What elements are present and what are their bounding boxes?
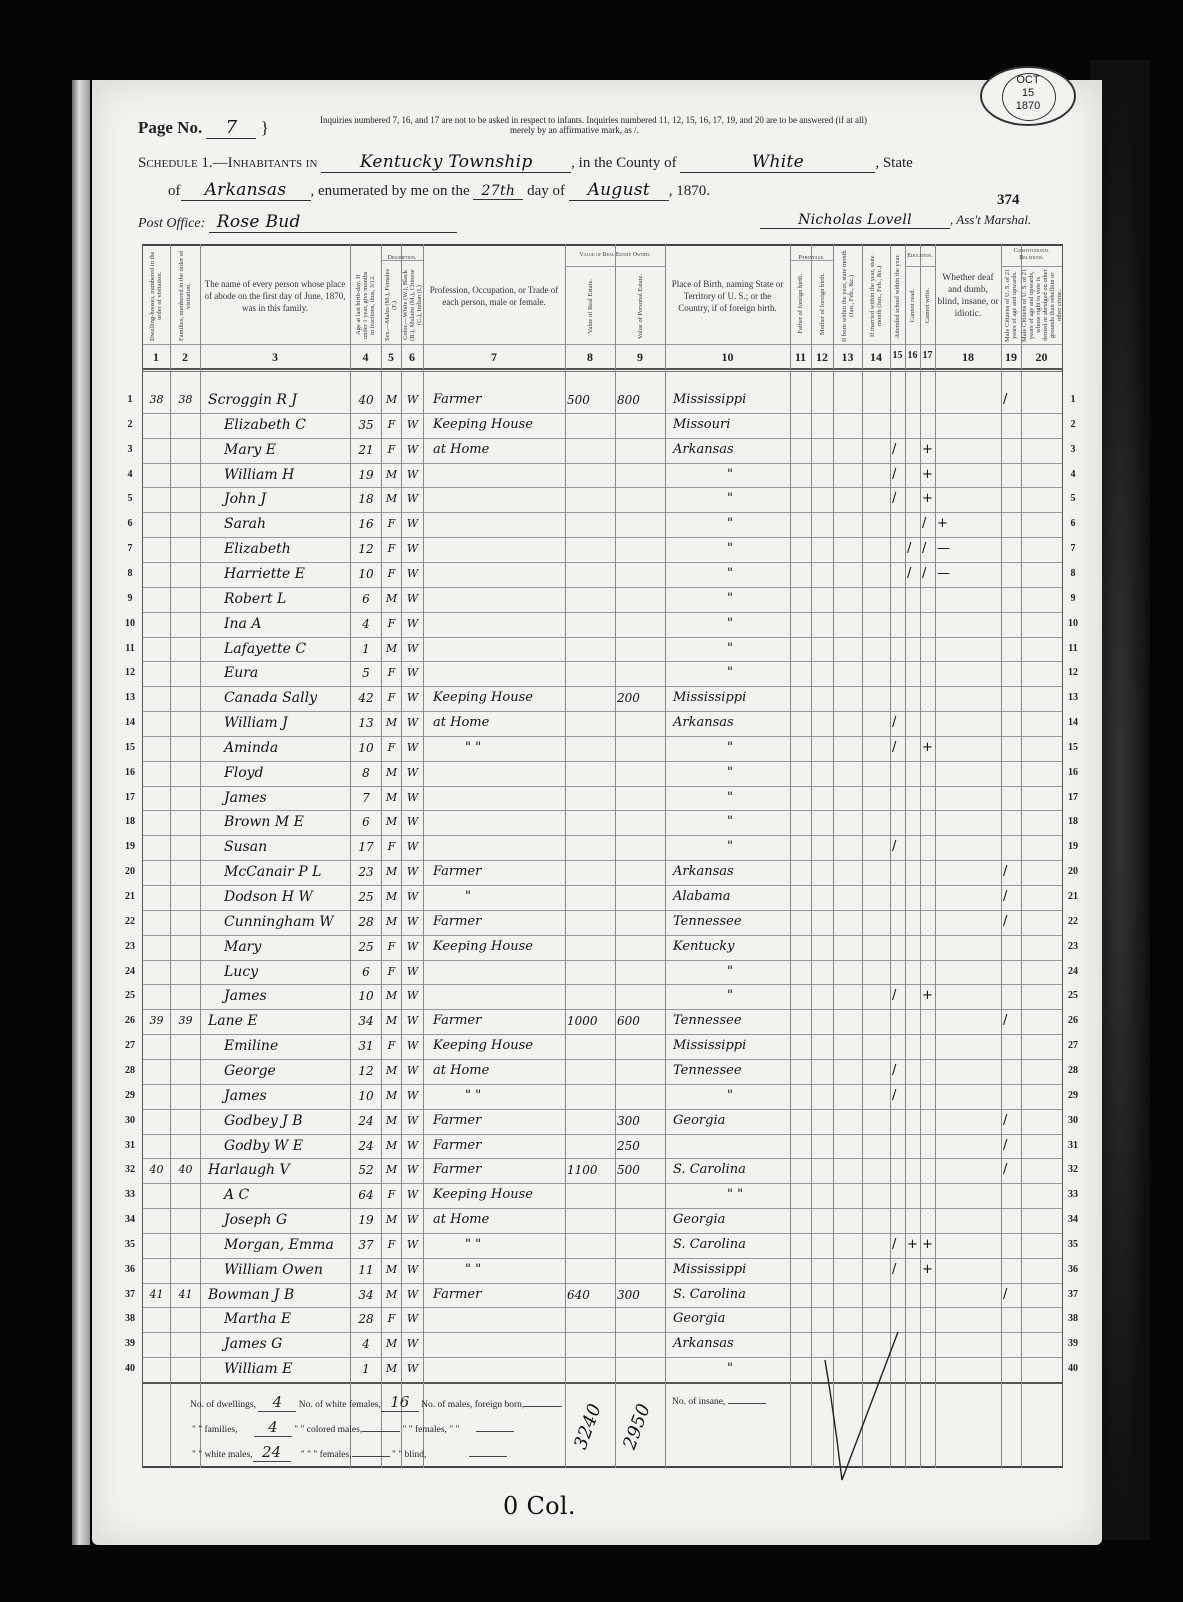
cell-real-estate: 1000 xyxy=(567,1009,614,1033)
summary-line-2: " " families, 4 " " colored males, " " f… xyxy=(192,1418,514,1437)
line-number: 1 xyxy=(120,394,140,405)
cell-color: W xyxy=(403,711,422,735)
cell-real-estate: 500 xyxy=(567,388,614,412)
line-number: 20 xyxy=(1063,866,1083,877)
column-header-2: Families, numbered in the order of visit… xyxy=(172,250,198,342)
mark-school: / xyxy=(892,736,907,760)
column-header-label: Value of Real Estate. xyxy=(587,279,594,334)
females-foreign-label: " " females, " " xyxy=(403,1425,460,1435)
cell-color: W xyxy=(403,1357,422,1381)
cell-color: W xyxy=(403,984,422,1008)
cell-occupation: at Home xyxy=(425,438,572,462)
state-label: , State xyxy=(875,155,913,171)
column-header-15: Attended school within the year. xyxy=(892,250,903,342)
cell-name: James xyxy=(202,786,371,810)
cell-color: W xyxy=(403,1283,422,1307)
cell-birthplace: " xyxy=(667,612,849,636)
stamp-inner-ring xyxy=(1002,73,1056,121)
cell-name: Bowman J B xyxy=(202,1283,355,1307)
mark-citizen: / xyxy=(1003,1109,1023,1133)
cell-birthplace: " xyxy=(667,562,849,586)
line-number: 4 xyxy=(120,469,140,480)
cell-occupation: " " xyxy=(425,1084,604,1108)
line-number: 32 xyxy=(1063,1164,1083,1175)
schedule-line: Schedule 1.—Inhabitants in Kentucky Town… xyxy=(138,152,1043,173)
cell-age: 24 xyxy=(352,1109,380,1133)
cell-name: Harlaugh V xyxy=(202,1158,355,1182)
cell-birthplace: Georgia xyxy=(667,1208,795,1232)
cell-color: W xyxy=(403,661,422,685)
cell-name: A C xyxy=(202,1183,371,1207)
mark-school: / xyxy=(892,1233,907,1257)
cell-name: Brown M E xyxy=(202,810,371,834)
cell-name: Morgan, Emma xyxy=(202,1233,371,1257)
mark-citizen: / xyxy=(1003,885,1023,909)
column-number: 19 xyxy=(1001,350,1021,368)
cell-color: W xyxy=(403,1307,422,1331)
column-number: 11 xyxy=(790,350,811,368)
cell-occupation: Farmer xyxy=(425,388,572,412)
line-number: 33 xyxy=(1063,1189,1083,1200)
cell-color: W xyxy=(403,1233,422,1257)
line-number: 40 xyxy=(120,1363,140,1374)
cell-age: 1 xyxy=(352,1357,380,1381)
cell-birthplace: S. Carolina xyxy=(667,1158,795,1182)
county-field: White xyxy=(680,152,875,173)
line-number: 21 xyxy=(1063,891,1083,902)
insane-line: No. of insane, xyxy=(672,1393,766,1407)
line-number: 37 xyxy=(1063,1289,1083,1300)
cell-color: W xyxy=(403,1109,422,1133)
day-of-label: day of xyxy=(527,183,565,199)
cell-birthplace: " xyxy=(667,810,849,834)
cell-sex: M xyxy=(383,984,400,1008)
line-number: 21 xyxy=(120,891,140,902)
line-number: 3 xyxy=(120,444,140,455)
cell-color: W xyxy=(403,512,422,536)
cell-age: 19 xyxy=(352,463,380,487)
line-number: 16 xyxy=(1063,767,1083,778)
cell-age: 10 xyxy=(352,1084,380,1108)
column-header-label: Whether deaf and dumb, blind, insane, or… xyxy=(937,272,999,320)
cell-age: 6 xyxy=(352,960,380,984)
instructions-line-2: merely by an affirmative mark, as /. xyxy=(320,125,1040,135)
cell-occupation: Keeping House xyxy=(425,1034,572,1058)
line-number: 35 xyxy=(1063,1239,1083,1250)
mark-write: + xyxy=(922,736,937,760)
cell-dwelling: 38 xyxy=(144,388,169,412)
line-number: 8 xyxy=(120,568,140,579)
cell-sex: M xyxy=(383,761,400,785)
column-number: 12 xyxy=(811,350,833,368)
line-number: 9 xyxy=(120,593,140,604)
cell-name: Mary E xyxy=(202,438,371,462)
line-number: 22 xyxy=(1063,916,1083,927)
cell-occupation: Farmer xyxy=(425,860,572,884)
cell-color: W xyxy=(403,388,422,412)
cell-family: 40 xyxy=(172,1158,199,1182)
column-header-18: Whether deaf and dumb, blind, insane, or… xyxy=(937,250,999,342)
county-label: , in the County of xyxy=(571,155,676,171)
day-field: 27th xyxy=(473,183,523,200)
mark-write: / xyxy=(922,537,937,561)
cell-birthplace: Arkansas xyxy=(667,711,795,735)
line-number: 2 xyxy=(1063,419,1083,430)
line-number: 17 xyxy=(1063,792,1083,803)
mark-infirm: + xyxy=(937,512,1003,536)
mark-citizen: / xyxy=(1003,1009,1023,1033)
cell-color: W xyxy=(403,587,422,611)
cell-age: 13 xyxy=(352,711,380,735)
cell-sex: M xyxy=(383,1109,400,1133)
cell-color: W xyxy=(403,413,422,437)
cell-name: Canada Sally xyxy=(202,686,371,710)
line-number: 30 xyxy=(1063,1115,1083,1126)
cell-occupation: " " xyxy=(425,736,604,760)
cell-occupation: at Home xyxy=(425,1059,572,1083)
cell-birthplace: " xyxy=(667,736,849,760)
cell-sex: M xyxy=(383,1208,400,1232)
mark-write: + xyxy=(922,1258,937,1282)
cell-name: James G xyxy=(202,1332,371,1356)
column-header-label: The name of every person whose place of … xyxy=(202,278,348,314)
cell-sex: M xyxy=(383,786,400,810)
cell-sex: M xyxy=(383,711,400,735)
cell-color: W xyxy=(403,910,422,934)
females-foreign-blank xyxy=(476,1421,514,1432)
cell-age: 34 xyxy=(352,1009,380,1033)
column-header-label: If born within the year, state month (Ja… xyxy=(841,250,855,342)
insane-blank xyxy=(728,1393,766,1404)
constitutional-group-header: Constitutional Relations. xyxy=(1001,245,1062,265)
column-header-8: Value of Real Estate. xyxy=(567,270,613,342)
cell-personal-estate: 800 xyxy=(617,388,664,412)
cell-sex: F xyxy=(383,835,400,859)
cell-sex: M xyxy=(383,487,400,511)
summary-line-3: " " white males,24 " " " females, " " bl… xyxy=(192,1443,507,1462)
description-group-header: Description. xyxy=(381,248,423,268)
cell-color: W xyxy=(403,1158,422,1182)
column-header-13: If born within the year, state month (Ja… xyxy=(835,250,860,342)
cell-sex: M xyxy=(383,1158,400,1182)
cell-color: W xyxy=(403,1084,422,1108)
cell-dwelling: 39 xyxy=(144,1009,169,1033)
cell-color: W xyxy=(403,537,422,561)
cell-name: Godby W E xyxy=(202,1134,371,1158)
cell-sex: F xyxy=(383,1233,400,1257)
column-number: 1 xyxy=(142,350,170,368)
column-header-label: Families, numbered in the order of visit… xyxy=(178,250,192,342)
cell-occupation: Farmer xyxy=(425,1283,572,1307)
cell-age: 1 xyxy=(352,637,380,661)
mark-citizen: / xyxy=(1003,1283,1023,1307)
stamped-number: 374 xyxy=(997,192,1020,209)
cell-name: George xyxy=(202,1059,371,1083)
cell-birthplace: Tennessee xyxy=(667,1059,795,1083)
line-number: 26 xyxy=(120,1015,140,1026)
line-number: 34 xyxy=(120,1214,140,1225)
white-females-label: No. of white females, xyxy=(299,1400,381,1410)
line-number: 10 xyxy=(120,618,140,629)
line-number: 10 xyxy=(1063,618,1083,629)
cell-color: W xyxy=(403,960,422,984)
line-number: 27 xyxy=(120,1040,140,1051)
cell-age: 28 xyxy=(352,1307,380,1331)
cell-occupation: Farmer xyxy=(425,1158,572,1182)
instructions: Inquiries numbered 7, 16, and 17 are not… xyxy=(320,115,1040,135)
cell-color: W xyxy=(403,487,422,511)
cell-sex: F xyxy=(383,562,400,586)
column-header-5: Sex.—Males (M.), Females (F.) xyxy=(383,268,399,342)
line-number: 8 xyxy=(1063,568,1083,579)
males-foreign-label: No. of males, foreign born, xyxy=(421,1400,524,1410)
cell-color: W xyxy=(403,935,422,959)
cell-sex: M xyxy=(383,1357,400,1381)
mark-school: / xyxy=(892,835,907,859)
line-number: 37 xyxy=(120,1289,140,1300)
cell-sex: M xyxy=(383,860,400,884)
cell-sex: M xyxy=(383,1332,400,1356)
cell-age: 23 xyxy=(352,860,380,884)
line-number: 29 xyxy=(1063,1090,1083,1101)
column-header-12: Mother of foreign birth. xyxy=(813,266,831,342)
cell-age: 18 xyxy=(352,487,380,511)
cell-name: Cunningham W xyxy=(202,910,371,934)
column-header-16: Cannot read. xyxy=(907,270,918,342)
line-number: 13 xyxy=(1063,692,1083,703)
page-label: Page No. xyxy=(138,118,202,137)
column-number: 10 xyxy=(665,350,790,368)
cell-birthplace: Kentucky xyxy=(667,935,795,959)
state-date-line: ofArkansas, enumerated by me on the 27th… xyxy=(168,180,710,201)
line-number: 39 xyxy=(120,1338,140,1349)
cell-personal-estate: 250 xyxy=(617,1134,664,1158)
cell-age: 12 xyxy=(352,1059,380,1083)
cell-age: 25 xyxy=(352,935,380,959)
cell-personal-estate: 200 xyxy=(617,686,664,710)
column-number: 18 xyxy=(935,350,1001,368)
column-number: 14 xyxy=(862,350,890,368)
cell-color: W xyxy=(403,1009,422,1033)
line-number: 24 xyxy=(120,966,140,977)
line-number: 1 xyxy=(1063,394,1083,405)
line-number: 22 xyxy=(120,916,140,927)
line-number: 24 xyxy=(1063,966,1083,977)
column-header-4: Age at last birth-day. If under 1 year, … xyxy=(352,268,379,342)
column-header-17: Cannot write. xyxy=(922,270,933,342)
cell-sex: M xyxy=(383,463,400,487)
families-count: 4 xyxy=(254,1418,292,1437)
summary-line-1: No. of dwellings, 4 No. of white females… xyxy=(190,1393,562,1412)
cell-birthplace: Georgia xyxy=(667,1307,795,1331)
mark-citizen: / xyxy=(1003,388,1023,412)
column-header-9: Value of Personal Estate. xyxy=(617,270,663,342)
cell-birthplace: " xyxy=(667,661,849,685)
mark-write: / xyxy=(922,512,937,536)
cell-name: James xyxy=(202,984,371,1008)
check-stroke xyxy=(820,1330,910,1490)
cell-sex: F xyxy=(383,438,400,462)
parentage-group-header: Parentage. xyxy=(790,248,833,268)
mark-school: / xyxy=(892,487,907,511)
cell-family: 39 xyxy=(172,1009,199,1033)
column-header-label: Sex.—Males (M.), Females (F.) xyxy=(384,268,398,342)
line-number: 34 xyxy=(1063,1214,1083,1225)
cell-occupation: Keeping House xyxy=(425,1183,572,1207)
mark-write: + xyxy=(922,487,937,511)
cell-name: Eura xyxy=(202,661,371,685)
line-number: 15 xyxy=(120,742,140,753)
census-office-stamp: OCT 15 1870 xyxy=(980,66,1076,126)
instructions-line-1: Inquiries numbered 7, 16, and 17 are not… xyxy=(320,115,1040,125)
mark-school: / xyxy=(892,1059,907,1083)
cell-age: 12 xyxy=(352,537,380,561)
cell-color: W xyxy=(403,1258,422,1282)
mark-infirm: — xyxy=(937,537,1003,561)
column-header-label: Profession, Occupation, or Trade of each… xyxy=(425,284,563,308)
blind-blank xyxy=(469,1446,507,1457)
mark-school: / xyxy=(892,1258,907,1282)
cell-real-estate: 1100 xyxy=(567,1158,614,1182)
year-label: , 1870. xyxy=(669,183,710,199)
column-header-3: The name of every person whose place of … xyxy=(202,250,348,342)
cell-color: W xyxy=(403,463,422,487)
cell-color: W xyxy=(403,736,422,760)
cell-birthplace: " xyxy=(667,835,849,859)
line-number: 40 xyxy=(1063,1363,1083,1374)
line-number: 5 xyxy=(120,493,140,504)
mark-write: / xyxy=(922,562,937,586)
column-header-20: Male Citizens of U. S. of 21 years of ag… xyxy=(1023,268,1060,342)
line-number: 16 xyxy=(120,767,140,778)
cell-sex: F xyxy=(383,1307,400,1331)
line-number: 36 xyxy=(120,1264,140,1275)
cell-name: McCanair P L xyxy=(202,860,371,884)
cell-name: Martha E xyxy=(202,1307,371,1331)
cell-dwelling: 41 xyxy=(144,1283,169,1307)
line-number: 38 xyxy=(1063,1313,1083,1324)
column-number: 13 xyxy=(833,350,862,368)
cell-sex: M xyxy=(383,910,400,934)
cell-dwelling: 40 xyxy=(144,1158,169,1182)
column-header-14: If married within the year, state month … xyxy=(864,250,888,342)
line-number: 12 xyxy=(120,667,140,678)
line-number: 25 xyxy=(1063,990,1083,1001)
cell-age: 28 xyxy=(352,910,380,934)
mark-citizen: / xyxy=(1003,910,1023,934)
column-header-label: Male Citizens of U. S. of 21 years of ag… xyxy=(1004,268,1018,342)
cell-color: W xyxy=(403,1034,422,1058)
cell-age: 34 xyxy=(352,1283,380,1307)
mark-citizen: / xyxy=(1003,1134,1023,1158)
column-header-label: Place of Birth, naming State or Territor… xyxy=(667,278,788,314)
cell-age: 4 xyxy=(352,1332,380,1356)
footer-note: 0 Col. xyxy=(503,1492,576,1520)
cell-sex: F xyxy=(383,413,400,437)
colored-females-label: " " " females, xyxy=(301,1450,352,1460)
column-number: 16 xyxy=(905,350,920,368)
white-males-label: " " white males, xyxy=(192,1450,253,1460)
cell-personal-estate: 600 xyxy=(617,1009,664,1033)
line-number: 6 xyxy=(1063,518,1083,529)
cell-age: 4 xyxy=(352,612,380,636)
line-number: 31 xyxy=(120,1140,140,1151)
real-estate-group-header: Value of Real Estate Owned. xyxy=(565,245,665,265)
line-number: 27 xyxy=(1063,1040,1083,1051)
cell-name: Emiline xyxy=(202,1034,371,1058)
line-number: 14 xyxy=(1063,717,1083,728)
cell-birthplace: Alabama xyxy=(667,885,795,909)
cell-color: W xyxy=(403,1332,422,1356)
cell-birthplace: Missouri xyxy=(667,413,795,437)
line-number: 36 xyxy=(1063,1264,1083,1275)
cell-name: Elizabeth xyxy=(202,537,371,561)
of-label: of xyxy=(168,183,181,199)
cell-name: Mary xyxy=(202,935,371,959)
cell-age: 52 xyxy=(352,1158,380,1182)
cell-name: William E xyxy=(202,1357,371,1381)
column-header-label: Attended school within the year. xyxy=(894,254,901,338)
dwellings-count: 4 xyxy=(258,1393,296,1412)
cell-occupation: Farmer xyxy=(425,1109,572,1133)
mark-write: + xyxy=(922,1233,937,1257)
cell-name: William J xyxy=(202,711,371,735)
mark-school: / xyxy=(892,1084,907,1108)
cell-color: W xyxy=(403,1134,422,1158)
marshal-line: Nicholas Lovell, Ass't Marshal. xyxy=(760,212,1031,229)
cell-birthplace: " xyxy=(667,637,849,661)
colored-females-blank xyxy=(352,1446,390,1457)
insane-label: No. of insane, xyxy=(672,1397,725,1407)
cell-birthplace: S. Carolina xyxy=(667,1233,795,1257)
line-number: 25 xyxy=(120,990,140,1001)
line-number: 5 xyxy=(1063,493,1083,504)
cell-age: 64 xyxy=(352,1183,380,1207)
cell-birthplace: " xyxy=(667,487,849,511)
line-number: 30 xyxy=(120,1115,140,1126)
column-number: 5 xyxy=(381,350,401,368)
mark-write: + xyxy=(922,984,937,1008)
scan-edge-left xyxy=(72,80,90,1545)
cell-occupation: Farmer xyxy=(425,1009,572,1033)
cell-name: Ina A xyxy=(202,612,371,636)
cell-name: John J xyxy=(202,487,371,511)
cell-name: Lane E xyxy=(202,1009,355,1033)
cell-color: W xyxy=(403,786,422,810)
cell-sex: M xyxy=(383,388,400,412)
cell-birthplace: Arkansas xyxy=(667,1332,795,1356)
column-number: 2 xyxy=(170,350,200,368)
cell-age: 7 xyxy=(352,786,380,810)
cell-occupation: Farmer xyxy=(425,1134,572,1158)
line-number: 19 xyxy=(1063,841,1083,852)
column-header-10: Place of Birth, naming State or Territor… xyxy=(667,250,788,342)
cell-age: 6 xyxy=(352,587,380,611)
cell-sex: M xyxy=(383,587,400,611)
column-header-label: Value of Personal Estate. xyxy=(637,274,644,339)
mark-write: + xyxy=(922,463,937,487)
cell-name: Susan xyxy=(202,835,371,859)
line-number: 18 xyxy=(120,816,140,827)
cell-age: 6 xyxy=(352,810,380,834)
column-header-1: Dwelling-houses, numbered in the order o… xyxy=(144,250,168,342)
cell-sex: F xyxy=(383,686,400,710)
cell-occupation: at Home xyxy=(425,1208,572,1232)
cell-birthplace: " xyxy=(667,761,849,785)
cell-age: 25 xyxy=(352,885,380,909)
post-office-line: Post Office: Rose Bud xyxy=(138,212,457,233)
blind-label: " " blind, xyxy=(392,1450,426,1460)
